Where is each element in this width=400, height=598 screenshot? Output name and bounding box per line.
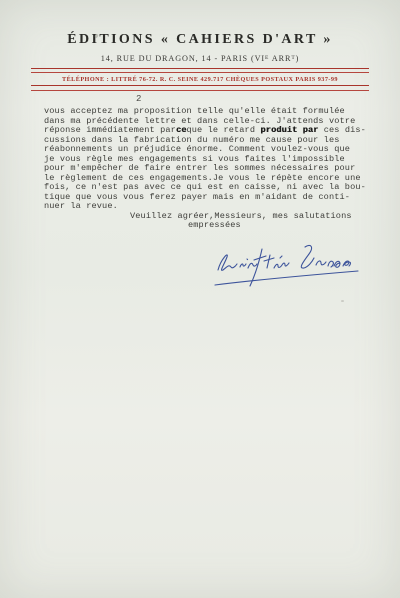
red-double-rule-bottom	[31, 85, 369, 91]
letter-body: vous acceptez ma proposition telle qu'el…	[44, 107, 378, 231]
address-part: 14, RUE DU DRAGON, 14 - PARIS (VI	[101, 54, 265, 63]
letterhead-rules: TÉLÉPHONE : LITTRÉ 76-72. R. C. SEINE 42…	[31, 68, 369, 91]
address-part: ARR	[269, 54, 291, 63]
page-number: 2	[136, 94, 141, 104]
signature-ink	[215, 245, 358, 286]
letterhead-title: ÉDITIONS « CAHIERS D'ART »	[0, 32, 400, 48]
signature-christian-zervos	[210, 238, 366, 294]
closing-line-2: empressées	[44, 221, 378, 231]
letterhead-phone-line: TÉLÉPHONE : LITTRÉ 76-72. R. C. SEINE 42…	[31, 73, 369, 85]
address-part: )	[296, 54, 300, 63]
overtyped-segment: produit par	[260, 125, 318, 135]
address-superscript: T	[291, 55, 295, 61]
letter-page: ÉDITIONS « CAHIERS D'ART » 14, RUE DU DR…	[0, 0, 400, 598]
line-segment: que le retard	[187, 125, 261, 135]
letterhead-address: 14, RUE DU DRAGON, 14 - PARIS (VIE ARRT)	[0, 54, 400, 63]
overtyped-segment: ce	[176, 125, 187, 135]
line-segment: ces dis-	[318, 125, 366, 135]
address-superscript: E	[265, 55, 269, 61]
paper-speck	[341, 300, 344, 302]
line-segment: réponse immédiatement par	[44, 125, 176, 135]
